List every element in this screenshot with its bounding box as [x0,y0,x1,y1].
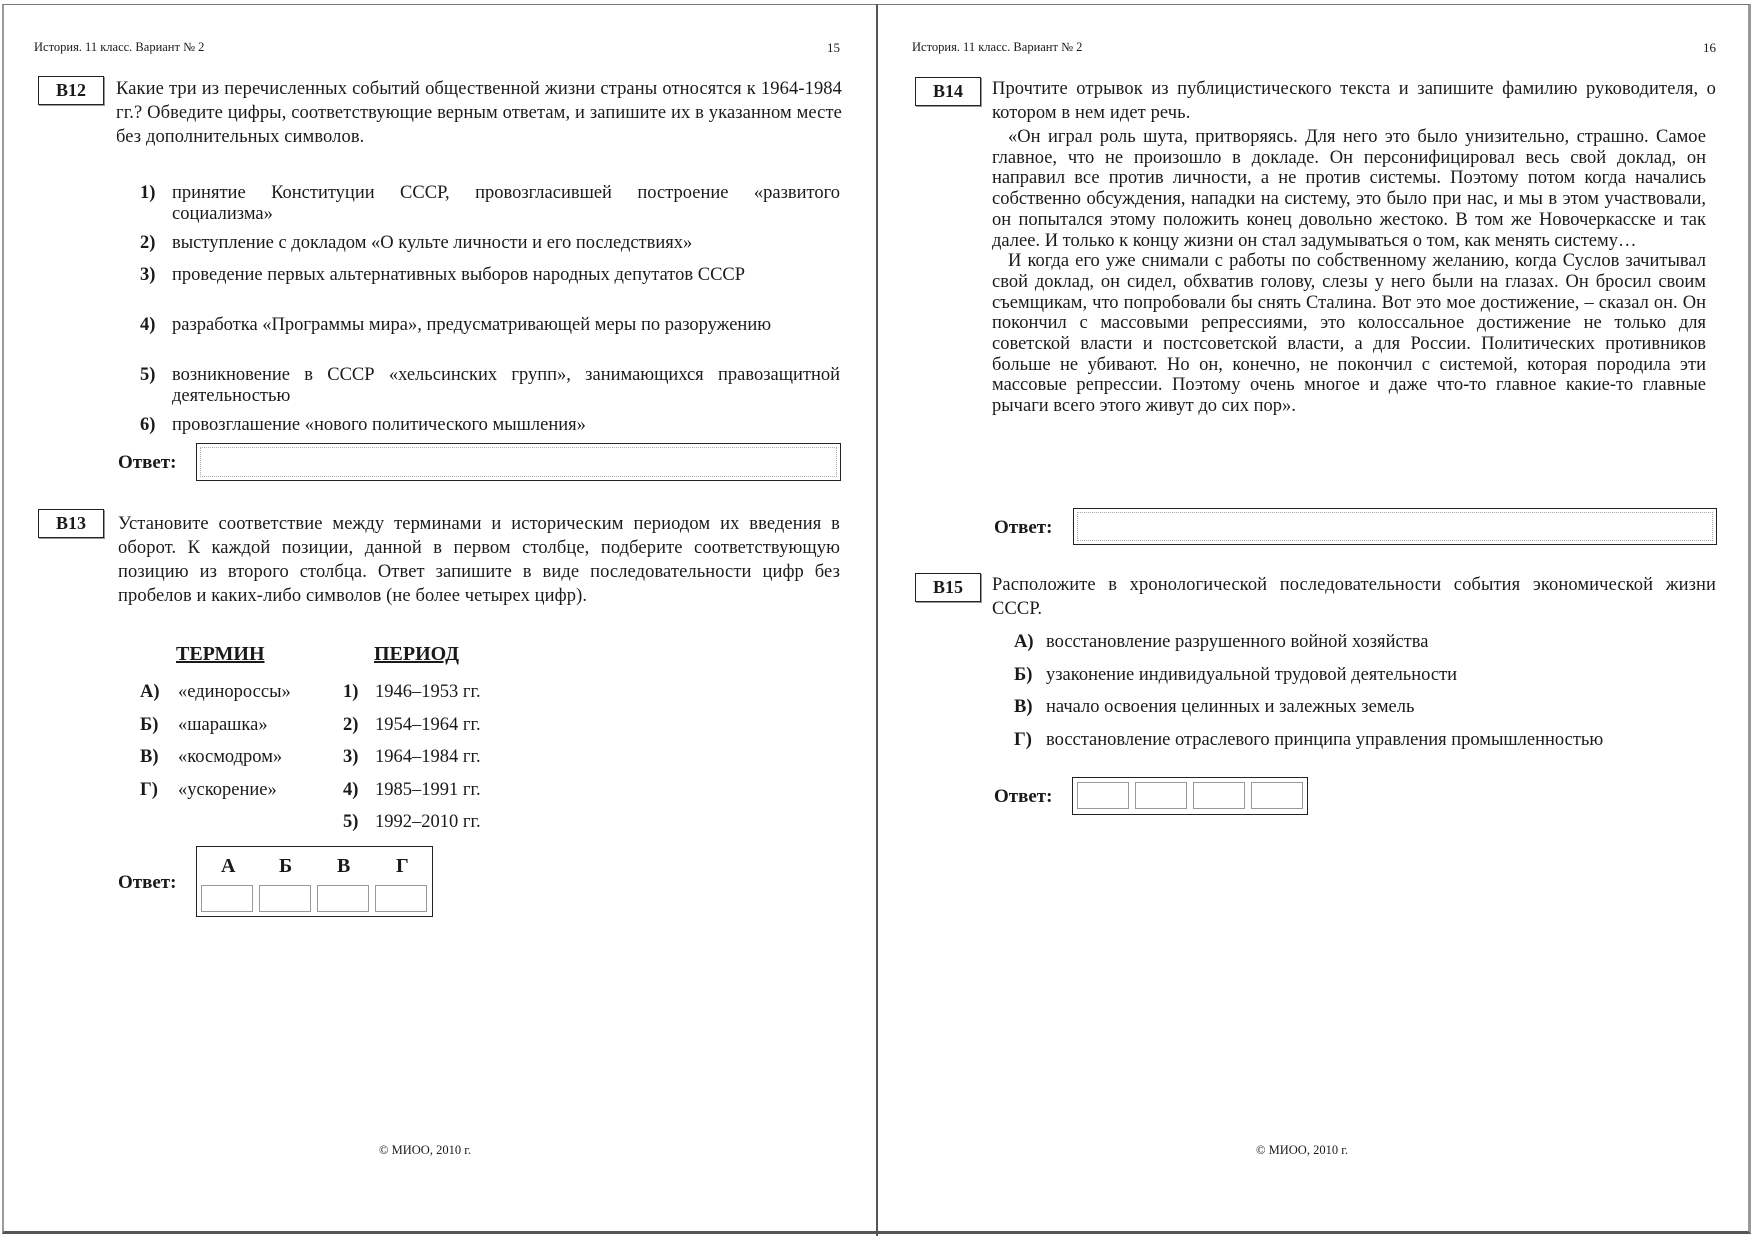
event-text: узаконение индивидуальной трудовой деяте… [1046,665,1457,686]
option-text: выступление с докладом «О культе личност… [172,233,692,254]
option-4[interactable]: 4) разработка «Программы мира», предусма… [140,315,840,336]
term-g: Г) «ускорение» [140,780,277,801]
page-16: История. 11 класс. Вариант № 2 16 B14 Пр… [878,0,1754,1239]
option-number: 2) [140,233,172,254]
period-text: 1946–1953 гг. [375,682,481,703]
task-question-b14: Прочтите отрывок из публицистического те… [992,77,1716,125]
task-question-b15-text: Расположите в хронологической последоват… [992,575,1716,619]
period-key: 4) [343,780,375,801]
task-label-b15: B15 [915,573,981,602]
task-label-b13: B13 [38,509,104,538]
event-v: В) начало освоения целинных и залежных з… [1014,697,1714,718]
option-3[interactable]: 3) проведение первых альтернативных выбо… [140,265,840,286]
term-a: А) «единороссы» [140,682,291,703]
answer-column-b: Б [279,855,292,878]
event-text: восстановление отраслевого принципа упра… [1046,730,1603,751]
event-key: Б) [1014,665,1046,686]
answer-column-g: Г [396,855,409,878]
option-6[interactable]: 6) провозглашение «нового политического … [140,415,840,436]
period-text: 1985–1991 гг. [375,780,481,801]
answer-field-inner [1077,512,1713,541]
term-key: В) [140,747,178,768]
period-3: 3) 1964–1984 гг. [343,747,481,768]
option-2[interactable]: 2) выступление с докладом «О культе личн… [140,233,840,254]
answer-field-b14[interactable] [1073,508,1717,545]
answer-label-b14: Ответ: [994,517,1052,539]
period-key: 1) [343,682,375,703]
running-head: История. 11 класс. Вариант № 2 [912,40,1082,55]
option-number: 1) [140,183,172,225]
task-question-b12: Какие три из перечисленных событий общес… [116,77,842,149]
term-key: Б) [140,715,178,736]
answer-field-b12[interactable] [196,443,841,481]
answer-table-b13: А Б В Г [196,846,433,917]
option-text: возникновение в СССР «хельсинских групп»… [172,365,840,407]
term-text: «ускорение» [178,780,277,801]
task-question-b15: Расположите в хронологической последоват… [992,573,1716,621]
event-text: восстановление разрушенного войной хозяй… [1046,632,1428,653]
period-2: 2) 1954–1964 гг. [343,715,481,736]
term-key: А) [140,682,178,703]
period-text: 1992–2010 гг. [375,812,481,833]
period-text: 1954–1964 гг. [375,715,481,736]
answer-cell-v[interactable] [317,885,369,912]
answer-cell-g[interactable] [375,885,427,912]
event-a: А) восстановление разрушенного войной хо… [1014,632,1714,653]
answer-table-b15 [1072,777,1308,815]
event-g: Г) восстановление отраслевого принципа у… [1014,730,1714,751]
term-key: Г) [140,780,178,801]
answer-cell-3[interactable] [1193,782,1245,809]
event-b: Б) узаконение индивидуальной трудовой де… [1014,665,1714,686]
period-key: 2) [343,715,375,736]
term-text: «шарашка» [178,715,268,736]
footer-copyright: © МИОО, 2010 г. [1256,1143,1348,1158]
answer-cell-b[interactable] [259,885,311,912]
period-text: 1964–1984 гг. [375,747,481,768]
option-text: провозглашение «нового политического мыш… [172,415,586,436]
option-number: 3) [140,265,172,286]
answer-cell-1[interactable] [1077,782,1129,809]
answer-label-b15: Ответ: [994,786,1052,808]
period-4: 4) 1985–1991 гг. [343,780,481,801]
period-1: 1) 1946–1953 гг. [343,682,481,703]
answer-cell-2[interactable] [1135,782,1187,809]
option-text: проведение первых альтернативных выборов… [172,265,745,286]
period-key: 3) [343,747,375,768]
excerpt-paragraph: И когда его уже снимали с работы по собс… [992,251,1706,417]
term-v: В) «космодром» [140,747,282,768]
term-column-header: ТЕРМИН [176,643,265,666]
term-text: «космодром» [178,747,282,768]
task-label-b12: B12 [38,76,104,105]
answer-column-v: В [337,855,350,878]
option-number: 4) [140,315,172,336]
running-head: История. 11 класс. Вариант № 2 [34,40,204,55]
footer-copyright: © МИОО, 2010 г. [379,1143,471,1158]
event-key: А) [1014,632,1046,653]
event-key: В) [1014,697,1046,718]
term-b: Б) «шарашка» [140,715,268,736]
option-number: 5) [140,365,172,407]
answer-field-inner [200,447,837,477]
excerpt-paragraph: «Он играл роль шута, притворяясь. Для не… [992,127,1706,251]
answer-label-b12: Ответ: [118,452,176,474]
source-excerpt: «Он играл роль шута, притворяясь. Для не… [992,127,1706,417]
page-15: История. 11 класс. Вариант № 2 15 B12 Ка… [0,0,876,1239]
answer-cell-4[interactable] [1251,782,1303,809]
option-text: принятие Конституции СССР, провозгласивш… [172,183,840,225]
task-label-b14: B14 [915,77,981,106]
answer-cell-a[interactable] [201,885,253,912]
answer-label-b13: Ответ: [118,872,176,894]
option-5[interactable]: 5) возникновение в СССР «хельсинских гру… [140,365,840,407]
answer-column-a: А [221,855,235,878]
option-1[interactable]: 1) принятие Конституции СССР, провозглас… [140,183,840,225]
event-key: Г) [1014,730,1046,751]
option-number: 6) [140,415,172,436]
period-key: 5) [343,812,375,833]
page-number: 16 [1703,40,1716,56]
period-5: 5) 1992–2010 гг. [343,812,481,833]
event-text: начало освоения целинных и залежных земе… [1046,697,1414,718]
task-question-b13: Установите соответствие между терминами … [118,512,840,608]
term-text: «единороссы» [178,682,291,703]
option-text: разработка «Программы мира», предусматри… [172,315,771,336]
period-column-header: ПЕРИОД [374,643,459,666]
page-number: 15 [827,40,840,56]
